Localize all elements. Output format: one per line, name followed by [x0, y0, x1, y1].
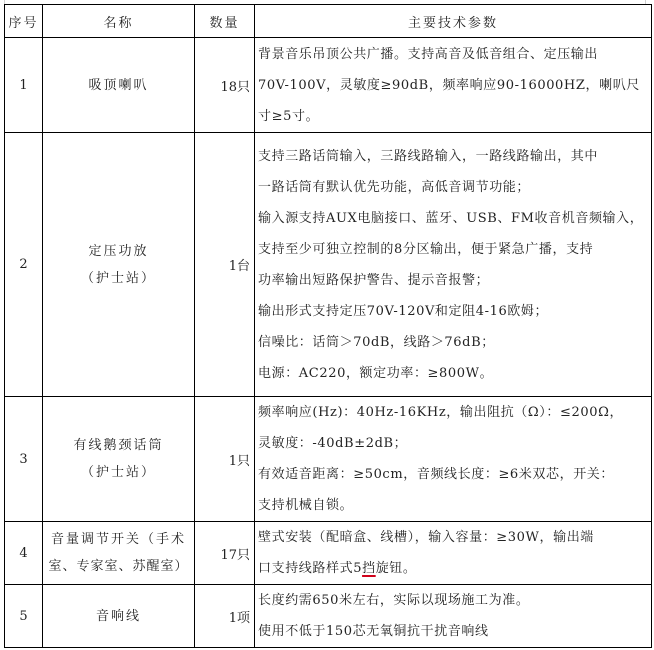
table-row: 1 吸顶喇叭 18只 背景音乐吊顶公共广播。支持高音及低音组合、定压输出 70V… [5, 38, 652, 133]
param-line: 一路话筒有默认优先功能，高低音调节功能； [258, 172, 648, 203]
param-line: 频率响应(Hz)：40Hz-16KHz，输出阻抗（Ω）：≤200Ω， [258, 397, 648, 428]
param-line: 输出形式支持定压70V-120V和定阻4-16欧姆； [258, 296, 648, 327]
name-line: （护士站） [43, 265, 194, 292]
cell-name: 有线鹅颈话筒 （护士站） [43, 397, 195, 522]
param-line: 功率输出短路保护警告、提示音报警； [258, 265, 648, 296]
header-quantity: 数量 [195, 5, 255, 38]
table-row: 5 音响线 1项 长度约需650米左右，实际以现场施工为准。 使用不低于150芯… [5, 585, 652, 648]
param-line: 信噪比：话筒＞70dB，线路＞76dB； [258, 327, 648, 358]
cell-tech-params: 长度约需650米左右，实际以现场施工为准。 使用不低于150芯无氧铜抗干扰音响线 [255, 585, 652, 648]
cell-quantity: 1只 [195, 397, 255, 522]
param-line: 长度约需650米左右，实际以现场施工为准。 [258, 585, 648, 616]
name-line: 室、专家室、苏醒室） [43, 553, 194, 580]
param-line: 使用不低于150芯无氧铜抗干扰音响线 [258, 616, 648, 647]
name-line: 吸顶喇叭 [43, 72, 194, 99]
cell-name: 定压功放 （护士站） [43, 133, 195, 397]
param-text: 旋钮。 [376, 561, 417, 576]
param-line: 支持至少可独立控制的8分区输出，便于紧急广播，支持 [258, 234, 648, 265]
cell-quantity: 18只 [195, 38, 255, 133]
header-name: 名称 [43, 5, 195, 38]
name-line: 音量调节开关（手术 [43, 526, 194, 553]
cell-tech-params: 背景音乐吊顶公共广播。支持高音及低音组合、定压输出 70V-100V，灵敏度≥9… [255, 38, 652, 133]
param-line: 灵敏度：-40dB±2dB； [258, 428, 648, 459]
name-line: 定压功放 [43, 238, 194, 265]
table-header-row: 序号 名称 数量 主要技术参数 [5, 5, 652, 38]
cell-serial-no: 2 [5, 133, 43, 397]
cell-tech-params: 频率响应(Hz)：40Hz-16KHz，输出阻抗（Ω）：≤200Ω， 灵敏度：-… [255, 397, 652, 522]
cell-serial-no: 5 [5, 585, 43, 648]
cell-serial-no: 4 [5, 522, 43, 585]
param-line: 支持三路话筒输入，三路线路输入，一路线路输出，其中 [258, 141, 648, 172]
param-line: 口支持线路样式5挡旋钮。 [258, 553, 648, 584]
equipment-spec-table: 序号 名称 数量 主要技术参数 1 吸顶喇叭 18只 背景音乐吊顶公共广播。支持… [4, 4, 652, 648]
name-line: 有线鹅颈话筒 [43, 432, 194, 459]
table-row: 2 定压功放 （护士站） 1台 支持三路话筒输入，三路线路输入，一路线路输出，其… [5, 133, 652, 397]
cell-serial-no: 1 [5, 38, 43, 133]
name-line: （护士站） [43, 459, 194, 486]
name-line: 音响线 [43, 603, 194, 630]
param-line: 背景音乐吊顶公共广播。支持高音及低音组合、定压输出 [258, 39, 648, 70]
cell-name: 音量调节开关（手术 室、专家室、苏醒室） [43, 522, 195, 585]
table-row: 3 有线鹅颈话筒 （护士站） 1只 频率响应(Hz)：40Hz-16KHz，输出… [5, 397, 652, 522]
spellcheck-flagged-word[interactable]: 挡 [362, 561, 376, 576]
cell-tech-params: 壁式安装（配暗盒、线槽），输入容量：≥30W，输出端 口支持线路样式5挡旋钮。 [255, 522, 652, 585]
header-tech-params: 主要技术参数 [255, 5, 652, 38]
param-line: 壁式安装（配暗盒、线槽），输入容量：≥30W，输出端 [258, 522, 648, 553]
table-row: 4 音量调节开关（手术 室、专家室、苏醒室） 17只 壁式安装（配暗盒、线槽），… [5, 522, 652, 585]
param-line: 输入源支持AUX电脑接口、蓝牙、USB、FM收音机音频输入， [258, 203, 648, 234]
cell-serial-no: 3 [5, 397, 43, 522]
param-line: 寸≥5寸。 [258, 101, 648, 132]
param-line: 有效适音距离：≥50cm，音频线长度：≥6米双芯，开关： [258, 459, 648, 490]
param-text: 口支持线路样式5 [258, 561, 362, 576]
cell-name: 音响线 [43, 585, 195, 648]
cell-tech-params: 支持三路话筒输入，三路线路输入，一路线路输出，其中 一路话筒有默认优先功能，高低… [255, 133, 652, 397]
header-serial-no: 序号 [5, 5, 43, 38]
cell-name: 吸顶喇叭 [43, 38, 195, 133]
cell-quantity: 1项 [195, 585, 255, 648]
param-line: 电源：AC220，额定功率：≥800W。 [258, 358, 648, 389]
param-line: 70V-100V，灵敏度≥90dB，频率响应90-16000HZ，喇叭尺 [258, 70, 648, 101]
param-line: 支持机械自锁。 [258, 490, 648, 521]
cell-quantity: 1台 [195, 133, 255, 397]
cell-quantity: 17只 [195, 522, 255, 585]
